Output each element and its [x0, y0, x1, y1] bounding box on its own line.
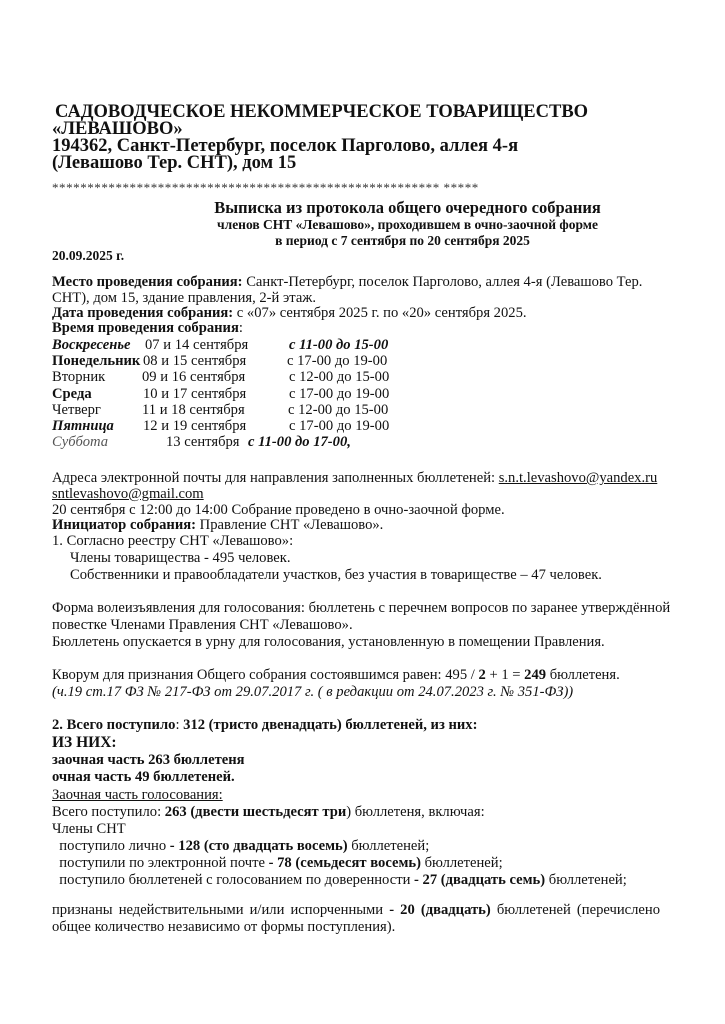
meeting-dates: Дата проведения собрания: с «07» сентябр…: [52, 305, 527, 321]
absentee-total: Всего поступило: 263 (двести шестьдесят …: [52, 804, 485, 820]
venue-line1: Место проведения собрания: Санкт-Петербу…: [52, 274, 642, 290]
dates-text: с «07» сентября 2025 г. по «20» сентября…: [233, 305, 526, 321]
schedule-time: с 11-00 до 15-00: [289, 337, 388, 353]
schedule-row: Вторник09 и 16 сентябряс 12-00 до 15-00: [52, 369, 452, 385]
venue-label: Место проведения собрания:: [52, 274, 243, 290]
invalid-text: признаны недействительными и/или испорче…: [52, 902, 389, 918]
totals-label: 2. Всего поступило: [52, 717, 175, 733]
schedule-row: Суббота13 сентябряс 11-00 до 17-00,: [52, 434, 452, 450]
absentee-item: поступило бюллетеней с голосованием по д…: [52, 872, 627, 888]
schedule-time: с 11-00 до 17-00,: [248, 434, 351, 450]
schedule-dates: 12 и 19 сентября: [143, 418, 246, 434]
schedule-label: Время проведения собрания: [52, 320, 239, 336]
schedule-day: Среда: [52, 386, 92, 402]
schedule-time: с 12-00 до 15-00: [288, 402, 388, 418]
email-intro: Адреса электронной почты для направления…: [52, 470, 499, 486]
initiator-label: Инициатор собрания:: [52, 517, 196, 533]
absentee-item: поступило лично - 128 (сто двадцать восе…: [52, 838, 429, 854]
absentee-heading: Заочная часть голосования:: [52, 787, 223, 803]
schedule-time: с 17-00 до 19-00: [287, 353, 387, 369]
absentee-item-pre: поступили по электронной почте: [52, 855, 269, 871]
quorum-law-reference: (ч.19 ст.17 ФЗ № 217-ФЗ от 29.07.2017 г.…: [52, 684, 573, 700]
quorum-line: Кворум для признания Общего собрания сос…: [52, 667, 620, 683]
email-line2: sntlevashovo@gmail.com: [52, 486, 204, 502]
venue-text: Санкт-Петербург, поселок Парголово, алле…: [243, 274, 643, 290]
separator-line: ****************************************…: [52, 180, 479, 196]
schedule-time: с 17-00 до 19-00: [289, 386, 389, 402]
dates-label: Дата проведения собрания:: [52, 305, 233, 321]
schedule-dates: 08 и 15 сентября: [143, 353, 246, 369]
quorum-text: Кворум для признания Общего собрания сос…: [52, 667, 479, 683]
document-title: Выписка из протокола общего очередного с…: [45, 200, 725, 216]
initiator-line: Инициатор собрания: Правление СНТ «Леваш…: [52, 517, 383, 533]
voting-form-line1: Форма волеизъявления для голосования: бю…: [52, 600, 670, 616]
registry-heading: 1. Согласно реестру СНТ «Левашово»:: [52, 533, 293, 549]
totals-line: 2. Всего поступило: 312 (тристо двенадца…: [52, 717, 477, 733]
schedule-time: с 17-00 до 19-00: [289, 418, 389, 434]
schedule-dates: 07 и 14 сентября: [145, 337, 248, 353]
schedule-row: Понедельник08 и 15 сентябряс 17-00 до 19…: [52, 353, 452, 369]
initiator-text: Правление СНТ «Левашово».: [196, 517, 383, 533]
schedule-row: Воскресенье07 и 14 сентябряс 11-00 до 15…: [52, 337, 452, 353]
absentee-item-post: бюллетеней;: [421, 855, 503, 871]
absentee-item-pre: поступило бюллетеней с голосованием по д…: [52, 872, 414, 888]
absentee-total-pre: Всего поступило:: [52, 804, 165, 820]
schedule-dates: 11 и 18 сентября: [142, 402, 245, 418]
absentee-total-value: 263 (двести шестьдесят три: [165, 804, 346, 820]
of-them-heading: ИЗ НИХ:: [52, 735, 117, 751]
absentee-item-post: бюллетеней;: [348, 838, 430, 854]
voting-form-line2: повестке Членами Правления СНТ «Левашово…: [52, 617, 353, 633]
schedule-day: Понедельник: [52, 353, 140, 369]
schedule-day: Пятница: [52, 418, 114, 434]
absentee-item-post: бюллетеней;: [545, 872, 627, 888]
document-date: 20.09.2025 г.: [52, 248, 124, 264]
schedule-time: с 12-00 до 15-00: [289, 369, 389, 385]
schedule-day: Суббота: [52, 434, 108, 450]
schedule-day: Воскресенье: [52, 337, 131, 353]
quorum-text-mid: + 1 =: [486, 667, 524, 683]
quorum-divisor: 2: [479, 667, 486, 683]
absentee-total-post: ) бюллетеня, включая:: [346, 804, 484, 820]
schedule-row: Среда10 и 17 сентябряс 17-00 до 19-00: [52, 386, 452, 402]
schedule-colon: :: [239, 320, 243, 336]
quorum-value: 249: [524, 667, 546, 683]
schedule-day: Вторник: [52, 369, 105, 385]
in-person-count: очная часть 49 бюллетеней.: [52, 769, 235, 785]
document-subtitle: членов СНТ «Левашово», проходившем в очн…: [45, 217, 725, 233]
absentee-item-value: - 27 (двадцать семь): [414, 872, 545, 888]
invalid-ballots: признаны недействительными и/или испорче…: [52, 902, 660, 936]
totals-colon: :: [175, 717, 183, 733]
registry-members: Члены товарищества - 495 человек.: [70, 550, 291, 566]
org-address-line2: (Левашово Тер. СНТ), дом 15: [52, 155, 296, 172]
document-period: в период с 7 сентября по 20 сентября 202…: [40, 233, 725, 249]
absentee-count: заочная часть 263 бюллетеня: [52, 752, 245, 768]
quorum-text-post: бюллетеня.: [546, 667, 620, 683]
schedule-day: Четверг: [52, 402, 101, 418]
totals-text: 312 (тристо двенадцать) бюллетеней, из н…: [183, 717, 477, 733]
voting-form-line3: Бюллетень опускается в урну для голосова…: [52, 634, 605, 650]
absentee-item: поступили по электронной почте - 78 (сем…: [52, 855, 503, 871]
schedule-row: Четверг11 и 18 сентябряс 12-00 до 15-00: [52, 402, 452, 418]
schedule-heading: Время проведения собрания:: [52, 320, 243, 336]
absentee-item-value: - 78 (семьдесят восемь): [269, 855, 421, 871]
absentee-item-pre: поступило лично: [52, 838, 170, 854]
email-link-yandex[interactable]: s.n.t.levashovo@yandex.ru: [499, 470, 658, 486]
members-label: Члены СНТ: [52, 821, 126, 837]
email-line: Адреса электронной почты для направления…: [52, 470, 657, 486]
schedule-dates: 10 и 17 сентября: [143, 386, 246, 402]
email-link-gmail[interactable]: sntlevashovo@gmail.com: [52, 486, 204, 502]
venue-line2: СНТ), дом 15, здание правления, 2-й этаж…: [52, 290, 316, 306]
schedule-row: Пятница12 и 19 сентябряс 17-00 до 19-00: [52, 418, 452, 434]
absentee-item-value: - 128 (сто двадцать восемь): [170, 838, 348, 854]
registry-owners: Собственники и правообладатели участков,…: [70, 567, 602, 583]
invalid-value: - 20 (двадцать): [389, 902, 491, 918]
schedule-dates: 13 сентября: [166, 434, 240, 450]
final-session-text: 20 сентября с 12:00 до 14:00 Собрание пр…: [52, 502, 505, 518]
schedule-dates: 09 и 16 сентября: [142, 369, 245, 385]
